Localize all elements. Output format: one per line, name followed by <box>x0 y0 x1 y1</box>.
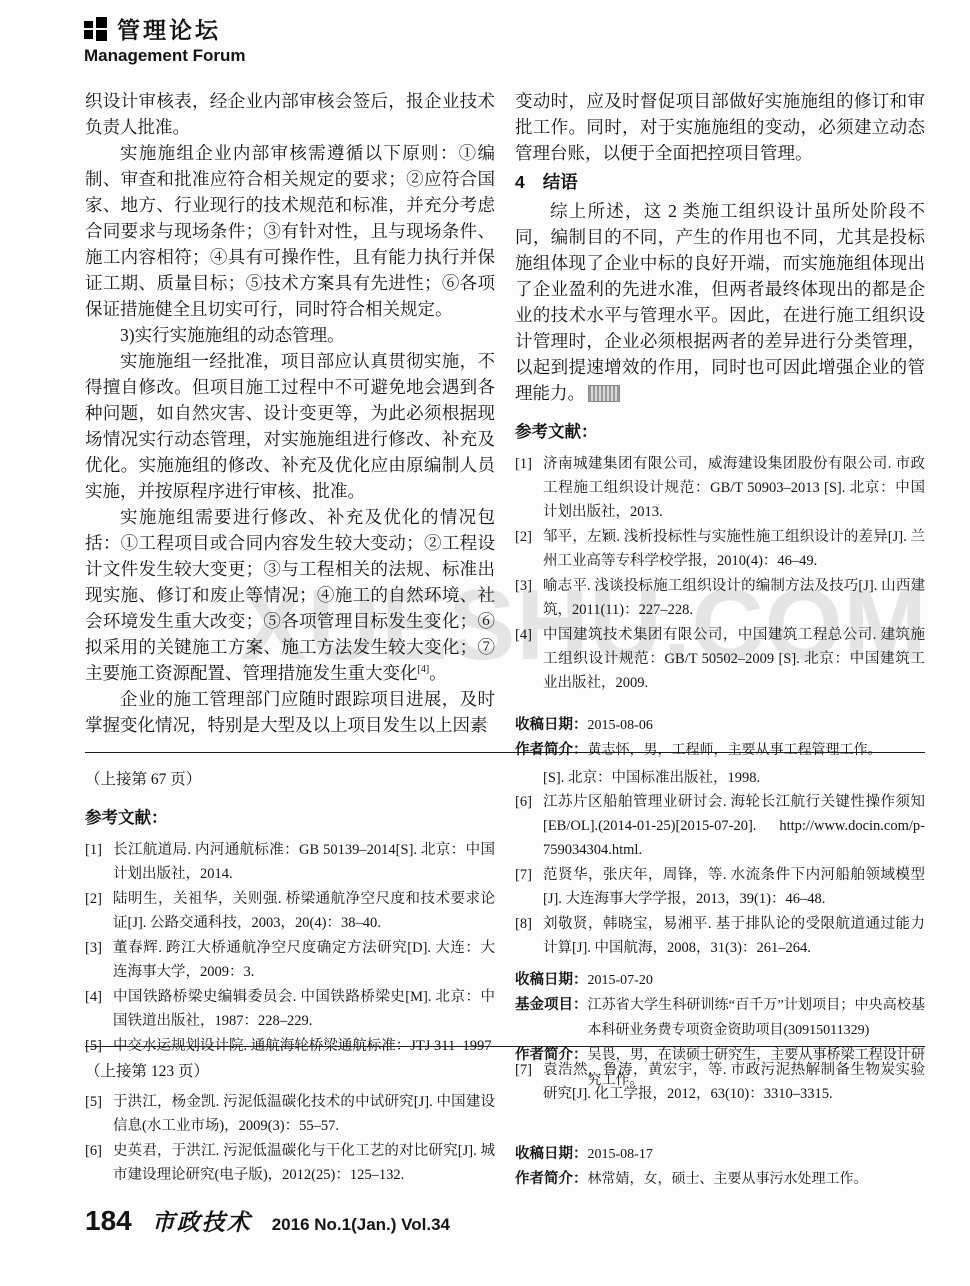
paragraph: 3)实行实施施组的动态管理。 <box>85 322 495 348</box>
reference-item: [1]济南城建集团有限公司，威海建设集团股份有限公司. 市政工程施工组织设计规范… <box>515 452 925 524</box>
section-title-en: Management Forum <box>84 46 246 66</box>
reference-item: [8]刘敬贤，韩晓宝，易湘平. 基于排队论的受限航道通过能力计算[J]. 中国航… <box>515 912 925 960</box>
article2-section: （上接第 67 页） 参考文献： [1]长江航道局. 内河通航标准：GB 501… <box>85 766 925 1093</box>
article3-right-column: [7]袁浩然，鲁涛，黄宏宇，等. 市政污泥热解制备生物炭实验研究[J]. 化工学… <box>515 1058 925 1192</box>
references-heading: 参考文献： <box>515 418 925 442</box>
reference-item: [4]中国铁路桥梁史编辑委员会. 中国铁路桥梁史[M]. 北京：中国铁道出版社，… <box>85 985 495 1033</box>
reference-item: [6]江苏片区船舶管理业研讨会. 海轮长江航行关键性操作须知[EB/OL].(2… <box>515 790 925 862</box>
reference-item: [5]于洪江，杨金凯. 污泥低温碳化技术的中试研究[J]. 中国建设信息(水工业… <box>85 1090 495 1138</box>
page-footer: 184 市政技术 2016 No.1(Jan.) Vol.34 <box>85 1204 450 1237</box>
paragraph: 实施施组一经批准，项目部应认真贯彻实施，不得擅自修改。但项目施工过程中不可避免地… <box>85 348 495 504</box>
section-heading: 4结语 <box>515 169 925 195</box>
reference-item: [3]董春辉. 跨江大桥通航净空尺度确定方法研究[D]. 大连：大连海事大学，2… <box>85 936 495 984</box>
article-meta: 收稿日期：2015-08-17 作者简介：林常婧，女，硕士、主要从事污水处理工作… <box>515 1142 925 1192</box>
section-divider <box>85 752 925 753</box>
reference-list: [7]袁浩然，鲁涛，黄宏宇，等. 市政污泥热解制备生物炭实验研究[J]. 化工学… <box>515 1058 925 1106</box>
journal-name: 市政技术 <box>152 1204 252 1237</box>
reference-list: [1]长江航道局. 内河通航标准：GB 50139–2014[S]. 北京：中国… <box>85 838 495 1058</box>
reference-list: [5]于洪江，杨金凯. 污泥低温碳化技术的中试研究[J]. 中国建设信息(水工业… <box>85 1090 495 1187</box>
received-date-line: 收稿日期：2015-08-06 <box>515 713 925 738</box>
author-bio-line: 作者简介：林常婧，女，硕士、主要从事污水处理工作。 <box>515 1167 925 1192</box>
section-title-cn: 管理论坛 <box>117 12 221 45</box>
section-divider <box>85 1046 925 1047</box>
article2-left-column: （上接第 67 页） 参考文献： [1]长江航道局. 内河通航标准：GB 501… <box>85 766 495 1093</box>
reference-item: [6]史英君，于洪江. 污泥低温碳化与干化工艺的对比研究[J]. 城市建设理论研… <box>85 1139 495 1187</box>
continued-from-note: （上接第 67 页） <box>85 768 495 792</box>
article3-left-column: （上接第 123 页） [5]于洪江，杨金凯. 污泥低温碳化技术的中试研究[J]… <box>85 1058 495 1192</box>
paragraph: 实施施组企业内部审核需遵循以下原则：①编制、审查和批准应符合相关规定的要求；②应… <box>85 140 495 322</box>
reference-item: [7]袁浩然，鲁涛，黄宏宇，等. 市政污泥热解制备生物炭实验研究[J]. 化工学… <box>515 1058 925 1106</box>
reference-item: [7]范贤华，张庆年，周锋，等. 水流条件下内河船舶领域模型[J]. 大连海事大… <box>515 863 925 911</box>
reference-list: [6]江苏片区船舶管理业研讨会. 海轮长江航行关键性操作须知[EB/OL].(2… <box>515 790 925 960</box>
journal-section-header: 管理论坛 Management Forum <box>84 12 246 66</box>
article-end-stamp-icon <box>589 386 619 401</box>
article1-left-column: 织设计审核表，经企业内部审核会签后，报企业技术负责人批准。 实施施组企业内部审核… <box>85 88 495 763</box>
reference-item: [2]邹平，左颖. 浅析投标性与实施性施工组织设计的差异[J]. 兰州工业高等专… <box>515 525 925 573</box>
references-heading: 参考文献： <box>85 804 495 828</box>
article3-section: （上接第 123 页） [5]于洪江，杨金凯. 污泥低温碳化技术的中试研究[J]… <box>85 1058 925 1192</box>
reference-item: [4]中国建筑技术集团有限公司，中国建筑工程总公司. 建筑施工组织设计规范：GB… <box>515 623 925 695</box>
reference-item: [1]长江航道局. 内河通航标准：GB 50139–2014[S]. 北京：中国… <box>85 838 495 886</box>
issue-info: 2016 No.1(Jan.) Vol.34 <box>272 1215 450 1235</box>
citation-superscript: [4] <box>418 664 430 675</box>
grid-squares-icon <box>84 17 108 41</box>
reference-list: [1]济南城建集团有限公司，威海建设集团股份有限公司. 市政工程施工组织设计规范… <box>515 452 925 695</box>
continued-from-note: （上接第 123 页） <box>85 1060 495 1084</box>
paragraph: 变动时，应及时督促项目部做好实施施组的修订和审批工作。同时，对于实施施组的变动，… <box>515 88 925 166</box>
paragraph: 综上所述，这 2 类施工组织设计虽所处阶段不同，编制目的不同，产生的作用也不同，… <box>515 198 925 406</box>
article1-section: 织设计审核表，经企业内部审核会签后，报企业技术负责人批准。 实施施组企业内部审核… <box>85 88 925 763</box>
paragraph: 织设计审核表，经企业内部审核会签后，报企业技术负责人批准。 <box>85 88 495 140</box>
reference-item: [2]陆明生，关祖华，关则强. 桥梁通航净空尺度和技术要求论证[J]. 公路交通… <box>85 887 495 935</box>
reference-item: [3]喻志平. 浅谈投标施工组织设计的编制方法及技巧[J]. 山西建筑，2011… <box>515 574 925 622</box>
received-date-line: 收稿日期：2015-08-17 <box>515 1142 925 1167</box>
paragraph: 实施施组需要进行修改、补充及优化的情况包括：①工程项目或合同内容发生较大变动；②… <box>85 504 495 686</box>
article-meta: 收稿日期：2015-08-06 作者简介：黄志怀，男，工程师，主要从事工程管理工… <box>515 713 925 763</box>
article1-right-column: 变动时，应及时督促项目部做好实施施组的修订和审批工作。同时，对于实施施组的变动，… <box>515 88 925 763</box>
article2-right-column: [S]. 北京：中国标准出版社，1998. [6]江苏片区船舶管理业研讨会. 海… <box>515 766 925 1093</box>
author-bio-line: 作者简介：黄志怀，男，工程师，主要从事工程管理工作。 <box>515 738 925 763</box>
paragraph: 企业的施工管理部门应随时跟踪项目进展，及时掌握变化情况，特别是大型及以上项目发生… <box>85 686 495 738</box>
page-number: 184 <box>85 1205 132 1237</box>
received-date-line: 收稿日期：2015-07-20 <box>515 968 925 993</box>
reference-continuation: [S]. 北京：中国标准出版社，1998. <box>543 766 925 790</box>
fund-project-line: 基金项目：江苏省大学生科研训练“百千万”计划项目；中央高校基本科研业务费专项资金… <box>515 993 925 1043</box>
